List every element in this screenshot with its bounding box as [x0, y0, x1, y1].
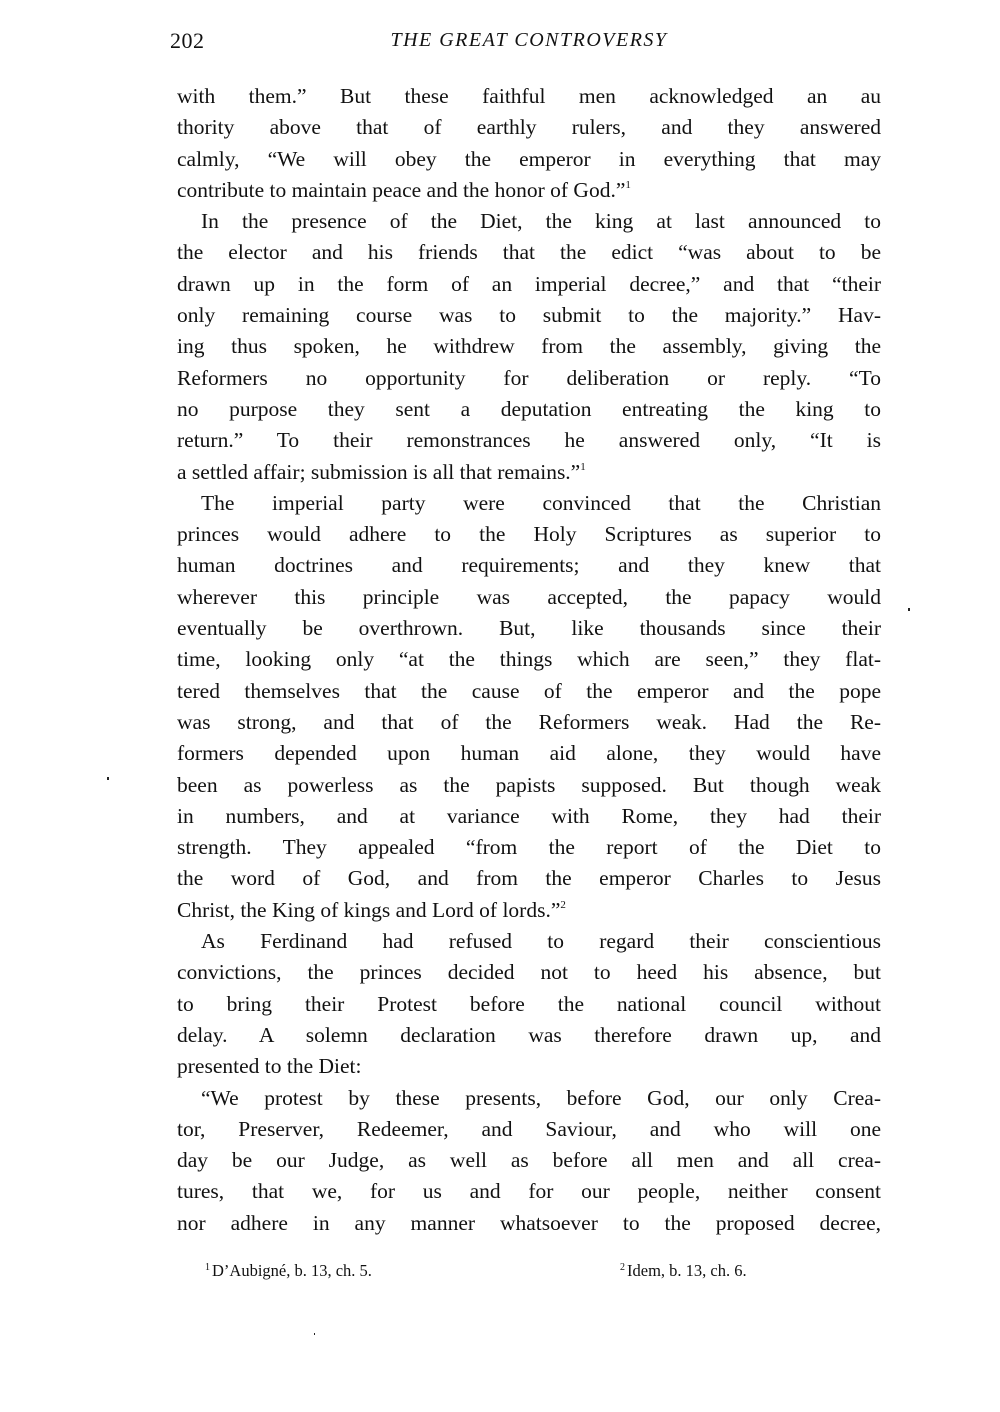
line-text-wrapper: contribute to maintain peace and the hon…	[177, 175, 881, 206]
line-text-wrapper: formers depended upon human aid alone, t…	[177, 738, 881, 769]
text-line: formers depended upon human aid alone, t…	[177, 738, 881, 769]
line-text: The imperial party were convinced that t…	[201, 491, 881, 515]
text-line: tor, Preserver, Redeemer, and Saviour, a…	[177, 1114, 881, 1145]
text-line: with them.” But these faithful men ackno…	[177, 81, 881, 112]
line-text-wrapper: in numbers, and at variance with Rome, t…	[177, 801, 881, 832]
text-line: thority above that of earthly rulers, an…	[177, 112, 881, 143]
line-text: drawn up in the form of an imperial decr…	[177, 272, 881, 296]
line-text: delay. A solemn declaration was therefor…	[177, 1023, 881, 1047]
line-text-wrapper: been as powerless as the papists suppose…	[177, 770, 881, 801]
text-line: strength. They appealed “from the report…	[177, 832, 881, 863]
text-line: no purpose they sent a deputation entrea…	[177, 394, 881, 425]
line-text: tered themselves that the cause of the e…	[177, 679, 881, 703]
line-text-wrapper: tered themselves that the cause of the e…	[177, 676, 881, 707]
text-line: delay. A solemn declaration was therefor…	[177, 1020, 881, 1051]
line-text: In the presence of the Diet, the king at…	[201, 209, 881, 233]
line-text: eventually be overthrown. But, like thou…	[177, 616, 881, 640]
text-line: contribute to maintain peace and the hon…	[177, 175, 881, 206]
text-line: in numbers, and at variance with Rome, t…	[177, 801, 881, 832]
line-text-wrapper: only remaining course was to submit to t…	[177, 300, 881, 331]
text-line: presented to the Diet:	[177, 1051, 881, 1082]
text-line: tered themselves that the cause of the e…	[177, 676, 881, 707]
line-text: return.” To their remonstrances he answe…	[177, 428, 881, 452]
line-text-wrapper: princes would adhere to the Holy Scriptu…	[177, 519, 881, 550]
line-text-wrapper: eventually be overthrown. But, like thou…	[177, 613, 881, 644]
line-text-wrapper: day be our Judge, as well as before all …	[177, 1145, 881, 1176]
text-line: the elector and his friends that the edi…	[177, 237, 881, 268]
footnote-marker: 1	[205, 1262, 210, 1273]
running-title: THE GREAT CONTROVERSY	[170, 29, 882, 52]
line-text: princes would adhere to the Holy Scriptu…	[177, 522, 881, 546]
line-text: in numbers, and at variance with Rome, t…	[177, 804, 881, 828]
line-text-wrapper: drawn up in the form of an imperial decr…	[177, 269, 881, 300]
line-text: to bring their Protest before the nation…	[177, 992, 881, 1016]
line-text: calmly, “We will obey the emperor in eve…	[177, 147, 881, 171]
footnote-text: Idem, b. 13, ch. 6.	[627, 1261, 747, 1280]
line-text: presented to the Diet:	[177, 1054, 361, 1078]
line-text-wrapper: “We protest by these presents, before Go…	[201, 1083, 881, 1114]
paragraph-first-line: In the presence of the Diet, the king at…	[177, 206, 881, 237]
scan-speck	[908, 608, 910, 611]
text-line: wherever this principle was accepted, th…	[177, 582, 881, 613]
line-text-wrapper: Reformers no opportunity for deliberatio…	[177, 363, 881, 394]
text-line: drawn up in the form of an imperial decr…	[177, 269, 881, 300]
text-line: was strong, and that of the Reformers we…	[177, 707, 881, 738]
line-text: convictions, the princes decided not to …	[177, 960, 881, 984]
line-text: As Ferdinand had refused to regard their…	[201, 929, 881, 953]
line-text-wrapper: a settled affair; submission is all that…	[177, 457, 881, 488]
footnotes: 1D’Aubigné, b. 13, ch. 5. 2Idem, b. 13, …	[160, 1261, 880, 1285]
line-text: tor, Preserver, Redeemer, and Saviour, a…	[177, 1117, 881, 1141]
line-text: a settled affair; submission is all that…	[177, 460, 580, 484]
line-text-wrapper: As Ferdinand had refused to regard their…	[201, 926, 881, 957]
line-text-wrapper: was strong, and that of the Reformers we…	[177, 707, 881, 738]
text-line: return.” To their remonstrances he answe…	[177, 425, 881, 456]
text-line: nor adhere in any manner whatsoever to t…	[177, 1208, 881, 1239]
footnote-1: 1D’Aubigné, b. 13, ch. 5.	[205, 1261, 372, 1281]
line-text-wrapper: with them.” But these faithful men ackno…	[177, 81, 881, 112]
text-line: to bring their Protest before the nation…	[177, 989, 881, 1020]
text-line: princes would adhere to the Holy Scriptu…	[177, 519, 881, 550]
text-line: Christ, the King of kings and Lord of lo…	[177, 895, 881, 926]
line-text: formers depended upon human aid alone, t…	[177, 741, 881, 765]
line-text-wrapper: delay. A solemn declaration was therefor…	[177, 1020, 881, 1051]
line-text-wrapper: In the presence of the Diet, the king at…	[201, 206, 881, 237]
line-text: human doctrines and requirements; and th…	[177, 553, 881, 577]
line-text: tures, that we, for us and for our peopl…	[177, 1179, 881, 1203]
line-text-wrapper: The imperial party were convinced that t…	[201, 488, 881, 519]
line-text: no purpose they sent a deputation entrea…	[177, 397, 881, 421]
text-line: day be our Judge, as well as before all …	[177, 1145, 881, 1176]
text-line: human doctrines and requirements; and th…	[177, 550, 881, 581]
text-line: only remaining course was to submit to t…	[177, 300, 881, 331]
paragraph-first-line: “We protest by these presents, before Go…	[177, 1083, 881, 1114]
line-text-wrapper: convictions, the princes decided not to …	[177, 957, 881, 988]
footnote-reference: 2	[560, 899, 566, 911]
text-line: calmly, “We will obey the emperor in eve…	[177, 144, 881, 175]
line-text: “We protest by these presents, before Go…	[201, 1086, 881, 1110]
line-text-wrapper: ing thus spoken, he withdrew from the as…	[177, 331, 881, 362]
line-text-wrapper: presented to the Diet:	[177, 1051, 881, 1082]
footnote-reference: 1	[580, 461, 586, 473]
line-text: ing thus spoken, he withdrew from the as…	[177, 334, 881, 358]
line-text-wrapper: tor, Preserver, Redeemer, and Saviour, a…	[177, 1114, 881, 1145]
line-text: thority above that of earthly rulers, an…	[177, 115, 881, 139]
line-text: time, looking only “at the things which …	[177, 647, 881, 671]
line-text-wrapper: time, looking only “at the things which …	[177, 644, 881, 675]
text-line: eventually be overthrown. But, like thou…	[177, 613, 881, 644]
line-text: contribute to maintain peace and the hon…	[177, 178, 625, 202]
text-line: the word of God, and from the emperor Ch…	[177, 863, 881, 894]
line-text: the elector and his friends that the edi…	[177, 240, 881, 264]
text-line: tures, that we, for us and for our peopl…	[177, 1176, 881, 1207]
text-line: ing thus spoken, he withdrew from the as…	[177, 331, 881, 362]
footnote-text: D’Aubigné, b. 13, ch. 5.	[212, 1261, 372, 1280]
paragraph-first-line: As Ferdinand had refused to regard their…	[177, 926, 881, 957]
line-text: Christ, the King of kings and Lord of lo…	[177, 898, 560, 922]
line-text: nor adhere in any manner whatsoever to t…	[177, 1211, 881, 1235]
line-text: the word of God, and from the emperor Ch…	[177, 866, 881, 890]
footnote-reference: 1	[625, 179, 631, 191]
scan-speck	[314, 1333, 315, 1335]
line-text-wrapper: strength. They appealed “from the report…	[177, 832, 881, 863]
text-line: convictions, the princes decided not to …	[177, 957, 881, 988]
line-text: wherever this principle was accepted, th…	[177, 585, 881, 609]
line-text: only remaining course was to submit to t…	[177, 303, 881, 327]
page-header: 202 THE GREAT CONTROVERSY	[170, 28, 882, 58]
line-text: day be our Judge, as well as before all …	[177, 1148, 881, 1172]
line-text-wrapper: the elector and his friends that the edi…	[177, 237, 881, 268]
line-text-wrapper: wherever this principle was accepted, th…	[177, 582, 881, 613]
paragraph-first-line: The imperial party were convinced that t…	[177, 488, 881, 519]
line-text-wrapper: human doctrines and requirements; and th…	[177, 550, 881, 581]
line-text-wrapper: nor adhere in any manner whatsoever to t…	[177, 1208, 881, 1239]
line-text: Reformers no opportunity for deliberatio…	[177, 366, 881, 390]
text-line: been as powerless as the papists suppose…	[177, 770, 881, 801]
line-text-wrapper: no purpose they sent a deputation entrea…	[177, 394, 881, 425]
line-text: been as powerless as the papists suppose…	[177, 773, 881, 797]
line-text-wrapper: Christ, the King of kings and Lord of lo…	[177, 895, 881, 926]
footnote-marker: 2	[620, 1262, 625, 1273]
body-text: with them.” But these faithful men ackno…	[177, 81, 881, 1239]
line-text-wrapper: thority above that of earthly rulers, an…	[177, 112, 881, 143]
footnote-2: 2Idem, b. 13, ch. 6.	[620, 1261, 747, 1281]
line-text-wrapper: calmly, “We will obey the emperor in eve…	[177, 144, 881, 175]
scan-speck	[107, 777, 109, 780]
text-line: a settled affair; submission is all that…	[177, 457, 881, 488]
line-text-wrapper: to bring their Protest before the nation…	[177, 989, 881, 1020]
line-text: strength. They appealed “from the report…	[177, 835, 881, 859]
line-text-wrapper: tures, that we, for us and for our peopl…	[177, 1176, 881, 1207]
text-line: time, looking only “at the things which …	[177, 644, 881, 675]
line-text: was strong, and that of the Reformers we…	[177, 710, 881, 734]
line-text: with them.” But these faithful men ackno…	[177, 84, 881, 108]
line-text-wrapper: the word of God, and from the emperor Ch…	[177, 863, 881, 894]
text-line: Reformers no opportunity for deliberatio…	[177, 363, 881, 394]
line-text-wrapper: return.” To their remonstrances he answe…	[177, 425, 881, 456]
